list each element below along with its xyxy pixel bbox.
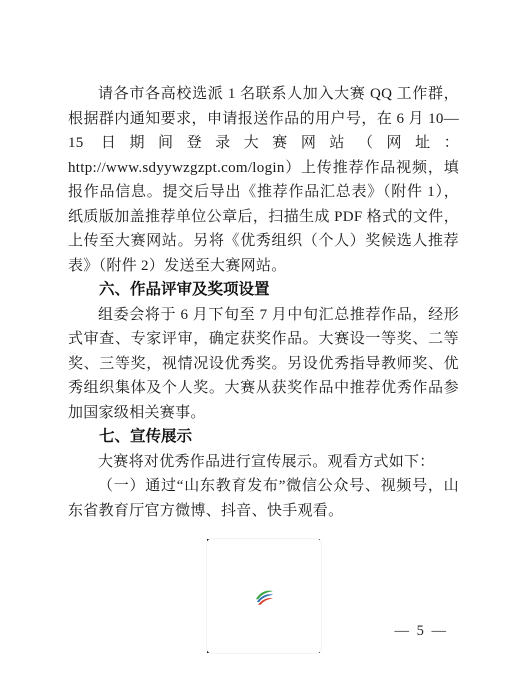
document-page: 请各市各高校选派 1 名联系人加入大赛 QQ 工作群，根据群内通知要求，申请报送… bbox=[0, 0, 525, 700]
paragraph-awards-setup: 组委会将于 6 月下旬至 7 月中旬汇总推荐作品，经形式审查、专家评审，确定获奖… bbox=[68, 303, 459, 426]
page-number: — 5 — bbox=[395, 623, 449, 640]
section-heading-publicity: 七、宣传展示 bbox=[68, 425, 459, 450]
shandong-education-logo-icon bbox=[252, 584, 276, 608]
document-body: 请各市各高校选派 1 名联系人加入大赛 QQ 工作群，根据群内通知要求，申请报送… bbox=[68, 82, 459, 653]
paragraph-upload-instructions: 请各市各高校选派 1 名联系人加入大赛 QQ 工作群，根据群内通知要求，申请报送… bbox=[68, 82, 459, 278]
section-heading-awards: 六、作品评审及奖项设置 bbox=[68, 278, 459, 303]
paragraph-publicity-intro: 大赛将对优秀作品进行宣传展示。观看方式如下： bbox=[68, 450, 459, 475]
paragraph-viewing-channels: （一）通过“山东教育发布”微信公众号、视频号，山东省教育厅官方微博、抖音、快手观… bbox=[68, 474, 459, 523]
qr-center-logo bbox=[207, 539, 321, 653]
qr-code bbox=[207, 539, 321, 653]
